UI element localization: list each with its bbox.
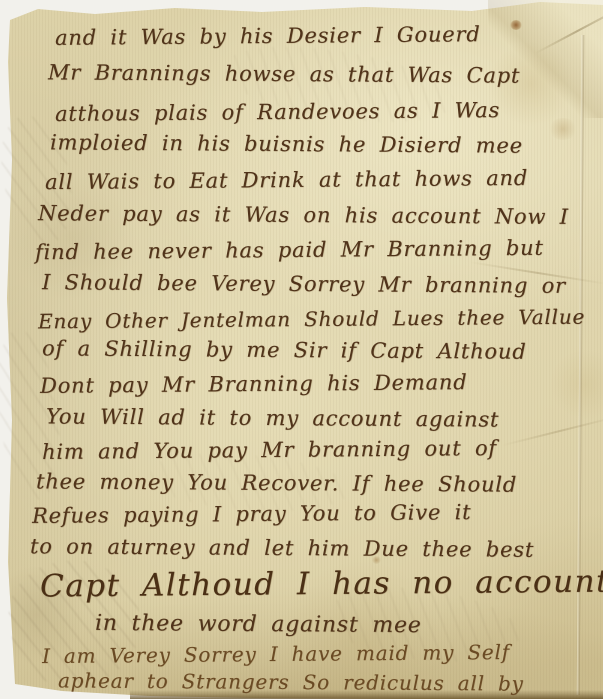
bottom-edge-shadow (130, 690, 603, 699)
letter-photograph: and it Was by his Desier I Gouerd Mr Bra… (0, 0, 603, 699)
letter-page (0, 0, 603, 699)
